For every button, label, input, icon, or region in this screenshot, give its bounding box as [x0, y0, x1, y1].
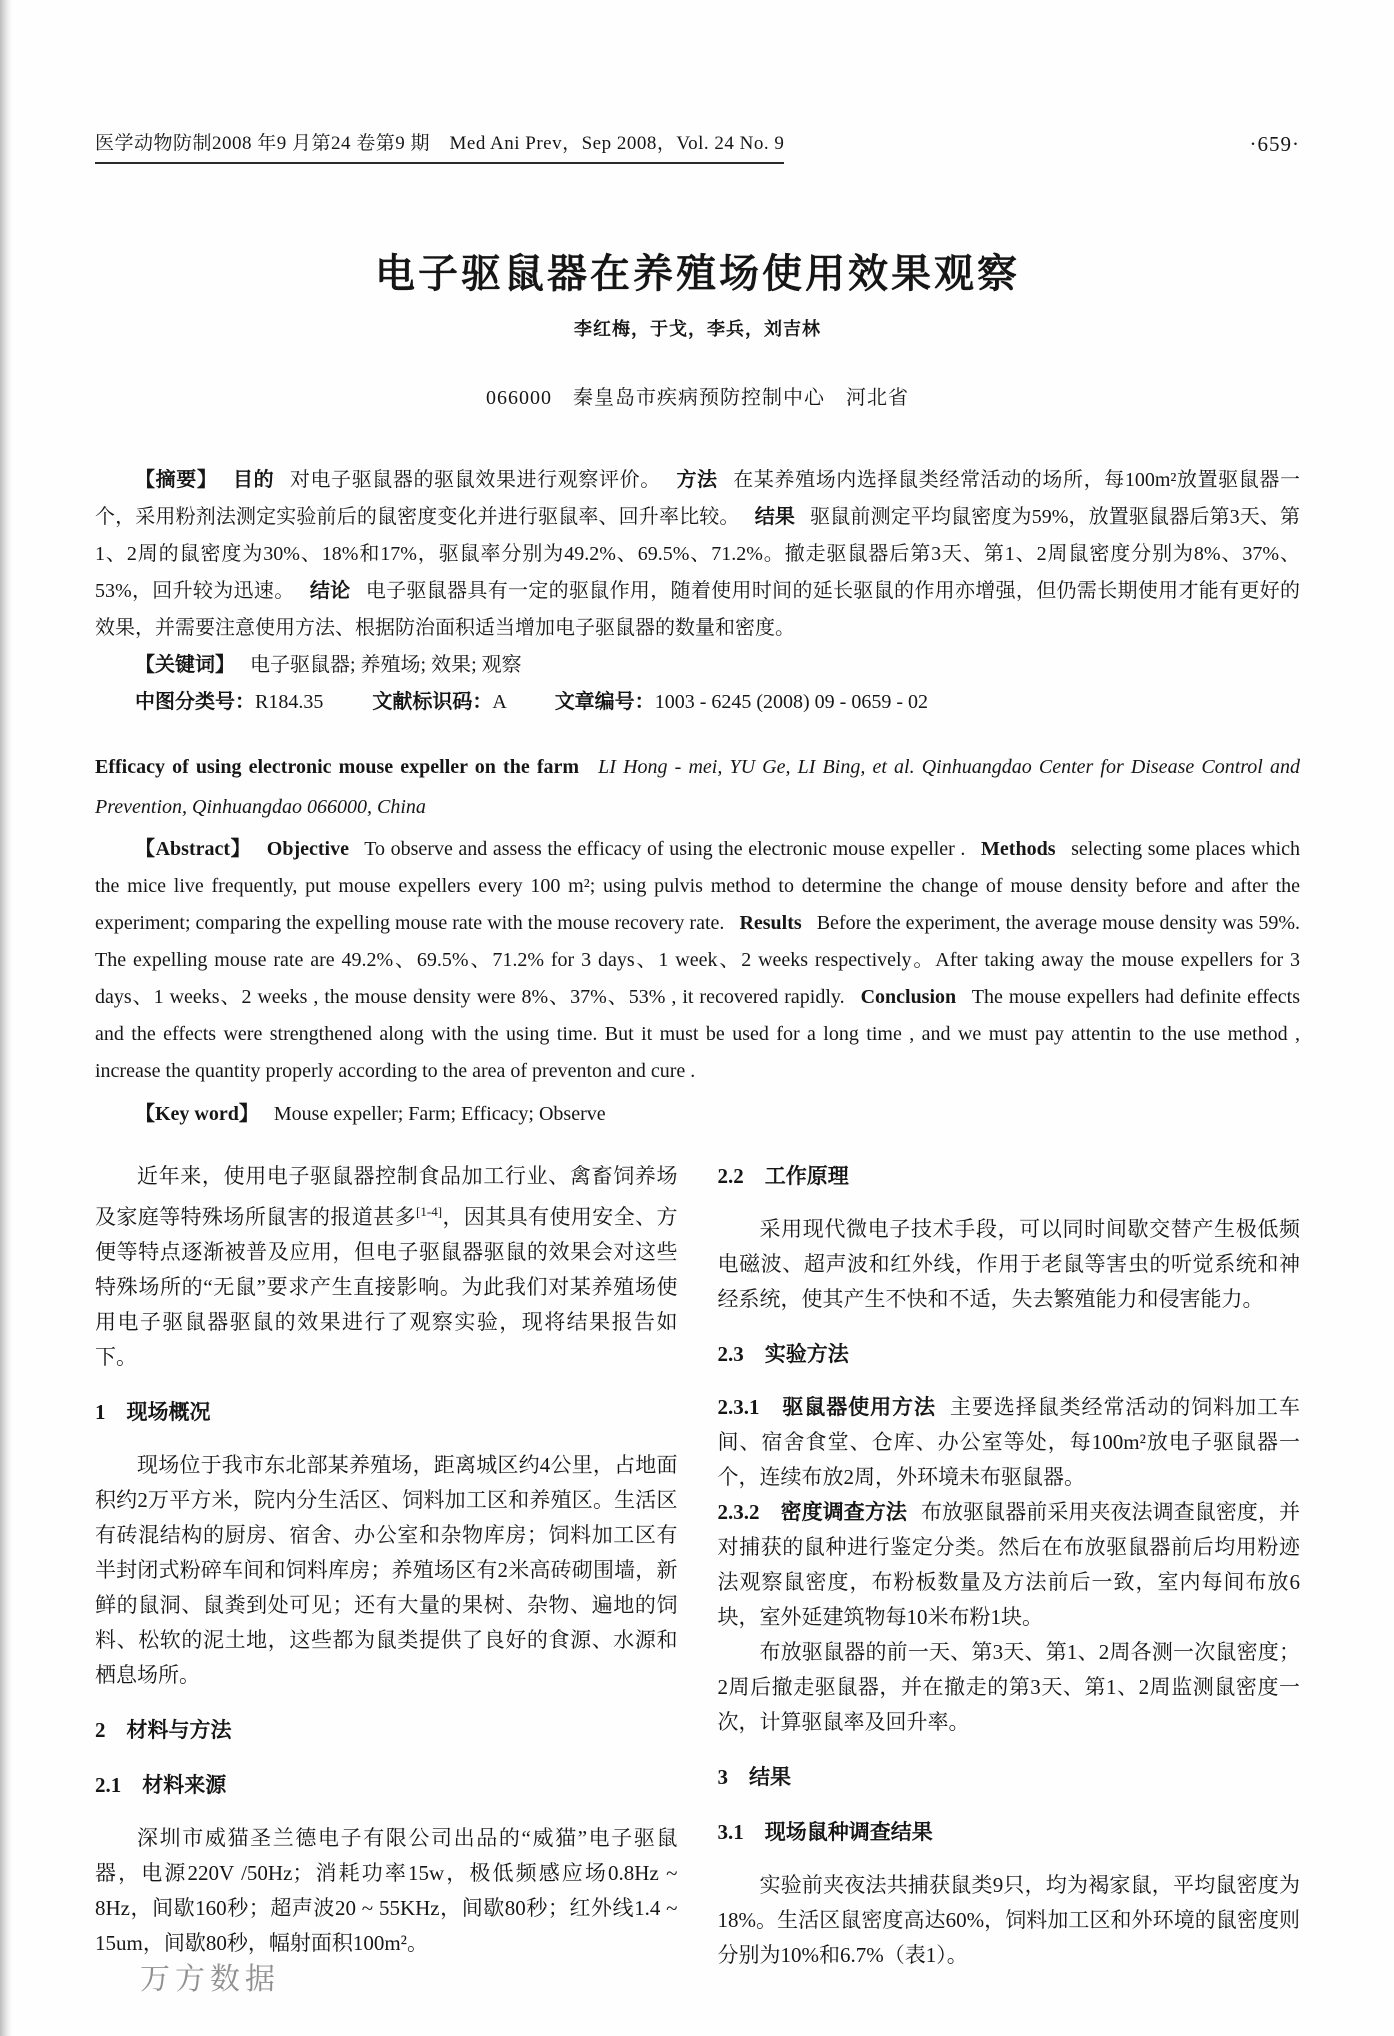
- journal-info: 医学动物防制2008 年9 月第24 卷第9 期 Med Ani Prev，Se…: [95, 128, 784, 164]
- keywords-en-label: 【Key word】: [135, 1103, 259, 1125]
- section-3-heading: 3 结果: [718, 1760, 1301, 1795]
- clc-group: 中图分类号：R184.35: [135, 691, 323, 713]
- doc-code-value: A: [492, 691, 505, 713]
- classification-line: 中图分类号：R184.35 文献标识码：A 文章编号：1003 - 6245 (…: [95, 684, 1300, 721]
- keywords-cn-text: 电子驱鼠器; 养殖场; 效果; 观察: [250, 654, 522, 676]
- abstract-en: 【Abstract】 Objective To observe and asse…: [95, 831, 1300, 1090]
- section-2-1-paragraph: 深圳市威猫圣兰德电子有限公司出品的“威猫”电子驱鼠器，电源220V /50Hz；…: [95, 1821, 678, 1961]
- author-list: 李红梅，于戈，李兵，刘吉林: [95, 315, 1300, 341]
- methods-label: 方法: [676, 469, 717, 491]
- section-2-1-heading: 2.1 材料来源: [95, 1768, 678, 1803]
- objective-en-label: Objective: [267, 838, 349, 860]
- article-title: 电子驱鼠器在养殖场使用效果观察: [95, 242, 1300, 299]
- section-2-heading: 2 材料与方法: [95, 1713, 678, 1748]
- results-en-label: Results: [739, 912, 801, 934]
- intro-paragraph: 近年来，使用电子驱鼠器控制食品加工行业、禽畜饲养场及家庭等特殊场所鼠害的报道甚多…: [95, 1159, 678, 1375]
- section-3-1-heading: 3.1 现场鼠种调查结果: [718, 1815, 1301, 1850]
- left-column: 近年来，使用电子驱鼠器控制食品加工行业、禽畜饲养场及家庭等特殊场所鼠害的报道甚多…: [95, 1159, 678, 1973]
- section-2-3-heading: 2.3 实验方法: [718, 1337, 1301, 1372]
- keywords-cn-label: 【关键词】: [135, 654, 235, 676]
- doc-code-group: 文献标识码：A: [372, 691, 505, 713]
- article-id-label: 文章编号：: [555, 691, 655, 713]
- objective-en-text: To observe and assess the efficacy of us…: [364, 838, 965, 860]
- section-2-2-paragraph: 采用现代微电子技术手段，可以同时间歇交替产生极低频电磁波、超声波和红外线，作用于…: [718, 1212, 1301, 1317]
- affiliation: 066000 秦皇岛市疾病预防控制中心 河北省: [95, 381, 1300, 410]
- article-id-value: 1003 - 6245 (2008) 09 - 0659 - 02: [655, 691, 928, 713]
- results-label: 结果: [755, 506, 795, 528]
- conclusion-en-label: Conclusion: [861, 986, 957, 1008]
- objective-text: 对电子驱鼠器的驱鼠效果进行观察评价。: [290, 469, 661, 491]
- wanfang-watermark: 万方数据: [140, 1954, 280, 1998]
- page-header: 医学动物防制2008 年9 月第24 卷第9 期 Med Ani Prev，Se…: [95, 128, 1300, 164]
- doc-code-label: 文献标识码：: [372, 691, 492, 713]
- page-number: ·659·: [1250, 132, 1301, 164]
- body-columns: 近年来，使用电子驱鼠器控制食品加工行业、禽畜饲养场及家庭等特殊场所鼠害的报道甚多…: [95, 1159, 1300, 1973]
- english-title-text: Efficacy of using electronic mouse expel…: [95, 756, 579, 778]
- section-1-heading: 1 现场概况: [95, 1395, 678, 1430]
- section-2-3-2-label: 2.3.2 密度调查方法: [718, 1500, 907, 1524]
- section-1-paragraph: 现场位于我市东北部某养殖场，距离城区约4公里，占地面积约2万平方米，院内分生活区…: [95, 1448, 678, 1693]
- section-2-2-heading: 2.2 工作原理: [718, 1159, 1301, 1194]
- clc-value: R184.35: [255, 691, 323, 713]
- conclusion-label: 结论: [310, 580, 351, 602]
- abstract-cn: 【摘要】 目的 对电子驱鼠器的驱鼠效果进行观察评价。 方法 在某养殖场内选择鼠类…: [95, 462, 1300, 647]
- keywords-en: 【Key word】 Mouse expeller; Farm; Efficac…: [95, 1096, 1300, 1133]
- paper-page: 医学动物防制2008 年9 月第24 卷第9 期 Med Ani Prev，Se…: [0, 0, 1394, 2036]
- intro-text-after: ，因其具有使用安全、方便等特点逐渐被普及应用，但电子驱鼠器驱鼠的效果会对这些特殊…: [95, 1205, 678, 1369]
- section-2-3-1-label: 2.3.1 驱鼠器使用方法: [718, 1395, 936, 1419]
- section-2-3-1-paragraph: 2.3.1 驱鼠器使用方法主要选择鼠类经常活动的饲料加工车间、宿舍食堂、仓库、办…: [718, 1390, 1301, 1495]
- english-title: Efficacy of using electronic mouse expel…: [95, 747, 1300, 827]
- section-2-3-2-paragraph: 2.3.2 密度调查方法布放驱鼠器前采用夹夜法调查鼠密度，并对捕获的鼠种进行鉴定…: [718, 1495, 1301, 1635]
- clc-label: 中图分类号：: [135, 691, 255, 713]
- abstract-label: 【摘要】: [135, 469, 217, 491]
- keywords-en-text: Mouse expeller; Farm; Efficacy; Observe: [274, 1103, 606, 1125]
- citation-superscript: [1-4]: [416, 1204, 442, 1219]
- keywords-cn: 【关键词】 电子驱鼠器; 养殖场; 效果; 观察: [95, 647, 1300, 684]
- section-2-3-paragraph-2: 布放驱鼠器的前一天、第3天、第1、2周各测一次鼠密度；2周后撤走驱鼠器，并在撤走…: [718, 1635, 1301, 1740]
- objective-label: 目的: [233, 469, 274, 491]
- section-3-1-paragraph: 实验前夹夜法共捕获鼠类9只，均为褐家鼠，平均鼠密度为18%。生活区鼠密度高达60…: [718, 1868, 1301, 1973]
- abstract-en-label: 【Abstract】: [135, 838, 251, 860]
- methods-en-label: Methods: [981, 838, 1055, 860]
- article-id-group: 文章编号：1003 - 6245 (2008) 09 - 0659 - 02: [555, 691, 928, 713]
- right-column: 2.2 工作原理 采用现代微电子技术手段，可以同时间歇交替产生极低频电磁波、超声…: [718, 1159, 1301, 1973]
